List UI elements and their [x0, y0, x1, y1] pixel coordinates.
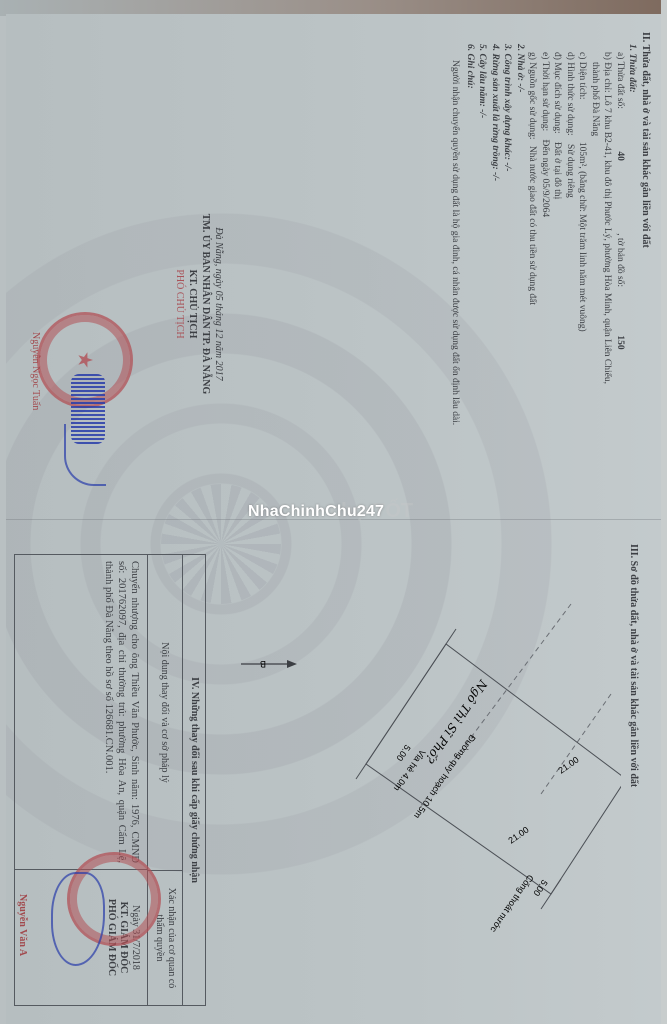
issuer-role: KT. CHỦ TỊCH — [186, 104, 199, 504]
address-line: b) Địa chỉ: Lô 7 khu B2-41, khu đô thị P… — [601, 52, 614, 502]
brand-watermark: NhaChinhChu247 — [248, 503, 384, 521]
issuer-role-2: PHÓ CHỦ TỊCH — [173, 104, 186, 504]
issuing-organization: TM. ỦY BAN NHÂN DÂN TP. ĐÀ NẴNG — [199, 104, 212, 504]
front-width: 5.00 — [394, 743, 412, 763]
address-continued: thành phố Đà Nẵng — [589, 62, 602, 502]
section-4-heading: IV. Những thay đổi sau khi cấp giấy chứn… — [182, 555, 205, 1005]
issuer-signer-name: Nguyễn Ngọc Tuấn — [30, 332, 41, 410]
issuer-signature-block: Đà Nẵng, ngày 05 tháng 12 năm 2017 TM. Ủ… — [173, 104, 225, 504]
map-sheet-number: 150 — [615, 335, 625, 349]
house-line: 2. Nhà ở: -/- — [514, 44, 527, 502]
purpose-line: đ) Mục đích sử dụng: Đất ở tại đô thị — [551, 52, 564, 502]
section-2-land-info: II. Thửa đất, nhà ở và tài sản khác gắn … — [449, 32, 651, 502]
issue-date: Đà Nẵng, ngày 05 tháng 12 năm 2017 — [212, 104, 225, 504]
table-header: Nội dung thay đổi và cơ sở pháp lý Xác n… — [147, 555, 182, 1005]
notes-label: 6. Ghi chú: — [464, 44, 477, 502]
signature-tail — [64, 424, 106, 486]
parcel-number: 40 — [615, 151, 625, 161]
perennial-line: 5. Cây lâu năm: -/- — [476, 44, 489, 502]
north-label: B — [260, 659, 266, 669]
land-subheading: 1. Thửa đất: — [626, 44, 639, 502]
area-value: 105m², (bằng chữ: Một trăm linh năm mét … — [578, 142, 588, 332]
header-changes: Nội dung thay đổi và cơ sở pháp lý — [148, 555, 182, 871]
paper-edge — [661, 0, 667, 1024]
use-form-line: d) Hình thức sử dụng: Sử dụng riêng — [564, 52, 577, 502]
parcel-line: a) Thửa đất số: 40 , tờ bản đồ số: 150 — [614, 52, 627, 502]
area-line: c) Diện tích: 105m², (bằng chữ: Một trăm… — [576, 52, 589, 502]
confirm-signer-name: Nguyễn Văn A — [17, 894, 28, 956]
other-works-line: 3. Công trình xây dựng khác: -/- — [501, 44, 514, 502]
section-3-heading: III. Sơ đồ thửa đất, nhà ở và tài sản kh… — [628, 544, 639, 787]
drain-label: Cống thoát nước — [488, 873, 535, 935]
parcel-diagram: Đường quy hoạch 10.5m Vỉa hè 4.0m 5.00 2… — [211, 534, 621, 1014]
term-line: e) Thời hạn sử dụng: Đến ngày 05/9/2064 — [539, 52, 552, 502]
right-length: 21.00 — [556, 755, 580, 776]
change-content: Chuyển nhượng cho ông Thiều Văn Phước, S… — [15, 555, 147, 870]
section-2-heading: II. Thửa đất, nhà ở và tài sản khác gắn … — [639, 32, 652, 502]
left-length: 21.00 — [506, 825, 530, 846]
notes-text: Người nhận chuyển quyền sử dụng đất là h… — [449, 60, 462, 480]
forest-line: 4. Rừng sản xuất là rừng trồng: -/- — [489, 44, 502, 502]
origin-line: g) Nguồn gốc sử dụng: Nhà nước giao đất … — [526, 52, 539, 502]
address-value: Lô 7 khu B2-41, khu đô thị Phước Lý, phư… — [603, 95, 613, 384]
